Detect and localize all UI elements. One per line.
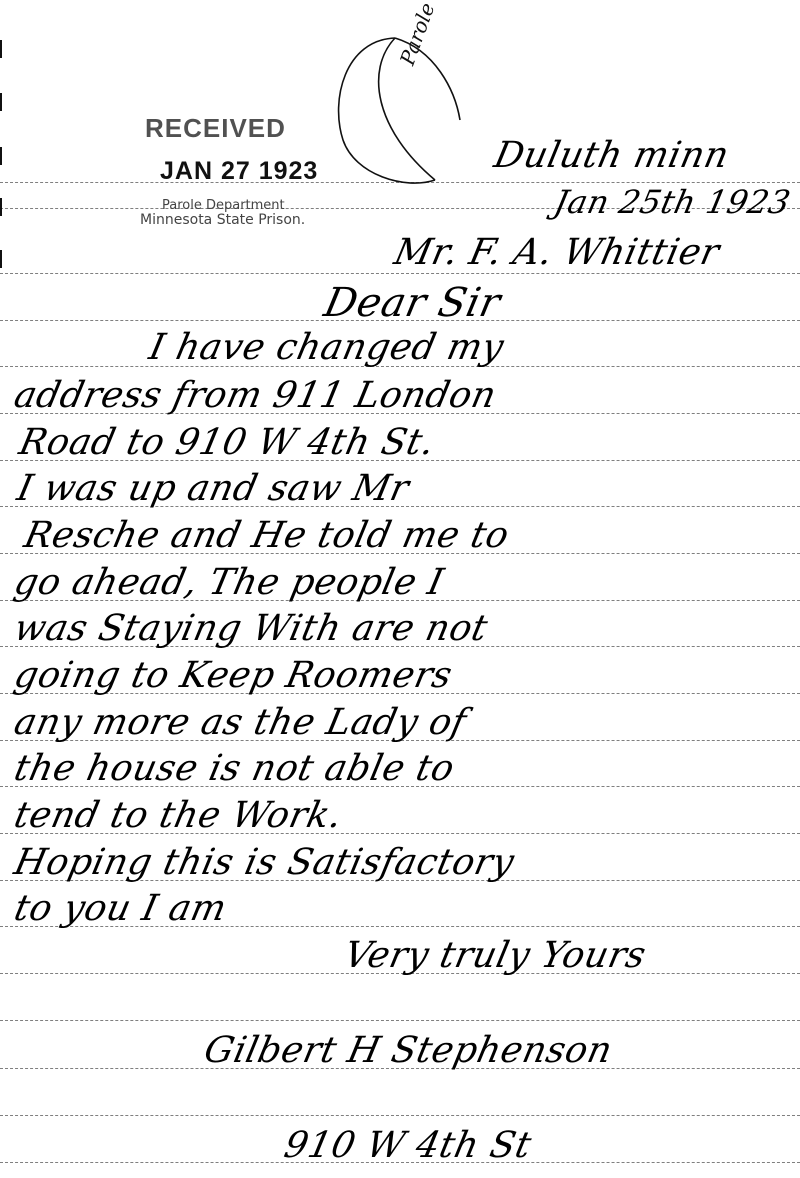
- letter-return-address: 910 W 4th St: [281, 1125, 535, 1166]
- margin-mark: [0, 250, 2, 268]
- body-line: the house is not able to: [11, 748, 458, 789]
- margin-mark: [0, 40, 2, 58]
- body-line: to you I am: [11, 888, 231, 929]
- ruled-line: [0, 273, 800, 274]
- letter-place: Duluth minn: [491, 135, 733, 176]
- stamp-institution: Minnesota State Prison.: [140, 212, 305, 228]
- letter-salutation: Dear Sir: [320, 280, 505, 326]
- stamp-date: JAN 27 1923: [160, 157, 318, 186]
- body-line: Road to 910 W 4th St.: [16, 422, 439, 463]
- body-line: any more as the Lady of: [11, 702, 470, 743]
- body-line: tend to the Work.: [11, 795, 346, 836]
- ruled-line: [0, 1020, 800, 1021]
- body-line: go ahead, The people I: [11, 562, 448, 603]
- stamp-received-label: RECEIVED: [145, 113, 286, 144]
- margin-mark: [0, 93, 2, 111]
- margin-mark: [0, 198, 2, 216]
- margin-mark: [0, 147, 2, 165]
- ruled-line: [0, 1115, 800, 1116]
- parole-oval-mark: [325, 30, 465, 190]
- stamp-department: Parole Department: [162, 198, 285, 213]
- letter-date: Jan 25th 1923: [551, 183, 794, 221]
- body-line: I have changed my: [146, 327, 508, 368]
- body-line: I was up and saw Mr: [14, 468, 413, 509]
- letter-signature: Gilbert H Stephenson: [201, 1030, 616, 1071]
- body-line: address from 911 London: [11, 375, 500, 416]
- body-line: going to Keep Roomers: [11, 655, 456, 696]
- letter-closing: Very truly Yours: [341, 935, 650, 976]
- body-line: was Staying With are not: [11, 608, 492, 649]
- body-line: Hoping this is Satisfactory: [11, 842, 518, 883]
- letter-recipient: Mr. F. A. Whittier: [391, 232, 724, 273]
- body-line: Resche and He told me to: [21, 515, 513, 556]
